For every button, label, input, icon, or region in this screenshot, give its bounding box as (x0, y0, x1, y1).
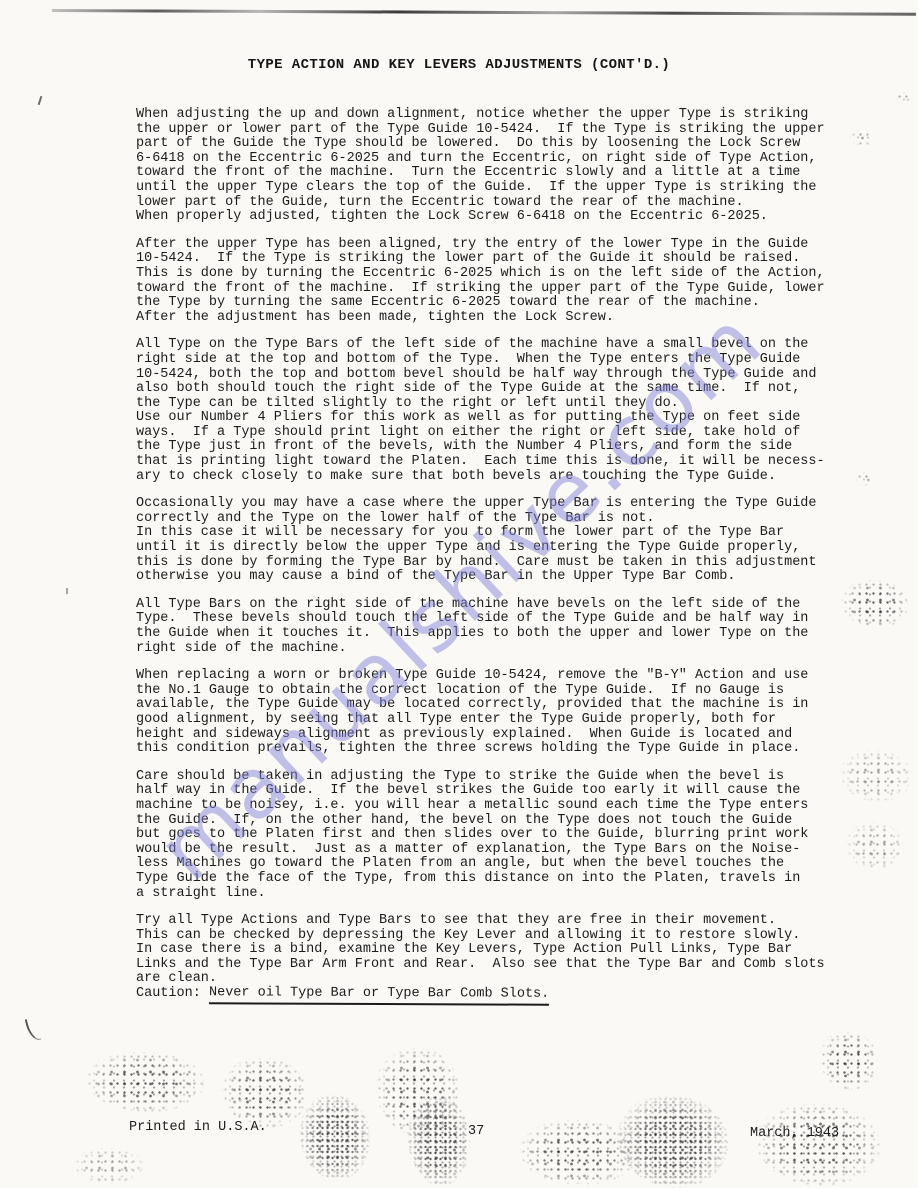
page-number: 37 (468, 1124, 484, 1139)
text-line: would be the result. Just as a matter of… (136, 843, 876, 858)
text-line: In case there is a bind, examine the Key… (136, 943, 876, 958)
text-line: but goes to the Platen first and then sl… (136, 828, 876, 843)
text-line: the upper or lower part of the Type Guid… (136, 123, 876, 138)
text-line: All Type on the Type Bars of the left si… (136, 338, 876, 353)
ink-smudge (896, 92, 910, 104)
paragraph: All Type on the Type Bars of the left si… (136, 338, 876, 484)
text-line: After the upper Type has been aligned, t… (136, 238, 876, 253)
text-line: Care should be taken in adjusting the Ty… (136, 770, 876, 785)
scan-hook-artifact (25, 1017, 42, 1042)
scan-speck (66, 588, 68, 594)
scan-line-artifact (52, 9, 916, 16)
text-line: When properly adjusted, tighten the Lock… (136, 210, 876, 225)
text-line: After the adjustment has been made, tigh… (136, 311, 876, 326)
paragraph: Try all Type Actions and Type Bars to se… (136, 914, 876, 987)
text-line: ways. If a Type should print light on ei… (136, 426, 876, 441)
text-line: Use our Number 4 Pliers for this work as… (136, 411, 876, 426)
ink-smudge (408, 1096, 470, 1186)
ink-smudge (74, 1148, 144, 1184)
text-line: also both should touch the right side of… (136, 382, 876, 397)
text-line: When adjusting the up and down alignment… (136, 108, 876, 123)
scanned-manual-page: manualshive.com TYPE ACTION AND KEY LEVE… (0, 0, 918, 1188)
text-line: 10-5424. If the Type is striking the low… (136, 252, 876, 267)
footer-date: March, 1943 (750, 1126, 839, 1141)
paragraph: Care should be taken in adjusting the Ty… (136, 770, 876, 901)
text-line: a straight line. (136, 887, 876, 902)
text-line: the No.1 Gauge to obtain the correct loc… (136, 684, 876, 699)
ink-smudge (756, 1104, 880, 1186)
text-line: Links and the Type Bar Arm Front and Rea… (136, 958, 876, 973)
ink-smudge (86, 1052, 204, 1112)
text-line: right side of the machine. (136, 642, 876, 657)
paragraph: All Type Bars on the right side of the m… (136, 598, 876, 656)
page-title: TYPE ACTION AND KEY LEVERS ADJUSTMENTS (… (0, 57, 918, 73)
text-line: machine to be noisey, i.e. you will hear… (136, 799, 876, 814)
text-line: available, the Type Guide may be located… (136, 698, 876, 713)
text-line: This is done by turning the Eccentric 6-… (136, 267, 876, 282)
caution-line: Caution: Never oil Type Bar or Type Bar … (136, 987, 876, 1002)
text-line: lower part of the Guide, turn the Eccent… (136, 196, 876, 211)
ink-smudge (618, 1096, 728, 1188)
text-line: height and sideways alignment as previou… (136, 728, 876, 743)
paragraph: Occasionally you may have a case where t… (136, 497, 876, 585)
text-line: the Type by turning the same Eccentric 6… (136, 296, 876, 311)
text-line: This can be checked by depressing the Ke… (136, 929, 876, 944)
text-line: When replacing a worn or broken Type Gui… (136, 669, 876, 684)
footer-printed-in: Printed in U.S.A. (129, 1120, 267, 1135)
text-line: right side at the top and bottom of the … (136, 353, 876, 368)
text-line: until it is directly below the upper Typ… (136, 541, 876, 556)
text-line: All Type Bars on the right side of the m… (136, 598, 876, 613)
text-line: that is printing light toward the Platen… (136, 455, 876, 470)
text-line: Type Guide the face of the Type, from th… (136, 872, 876, 887)
caution-label: Caution: (136, 986, 209, 1001)
text-line: correctly and the Type on the lower half… (136, 512, 876, 527)
text-line: ary to check closely to make sure that b… (136, 470, 876, 485)
ink-smudge (222, 1058, 308, 1128)
text-line: this condition prevails, tighten the thr… (136, 742, 876, 757)
text-line: the Guide when it touches it. This appli… (136, 627, 876, 642)
paragraph: After the upper Type has been aligned, t… (136, 238, 876, 326)
text-line: until the upper Type clears the top of t… (136, 181, 876, 196)
text-line: the Type just in front of the bevels, wi… (136, 440, 876, 455)
scan-speck (38, 96, 43, 105)
body-text: When adjusting the up and down alignment… (136, 108, 876, 1002)
text-line: this is done by forming the Type Bar by … (136, 556, 876, 571)
text-line: otherwise you may cause a bind of the Ty… (136, 570, 876, 585)
text-line: In this case it will be necessary for yo… (136, 526, 876, 541)
text-line: Occasionally you may have a case where t… (136, 497, 876, 512)
text-line: Type. These bevels should touch the left… (136, 612, 876, 627)
text-line: less Machines go toward the Platen from … (136, 857, 876, 872)
text-line: the Type can be tilted slightly to the r… (136, 397, 876, 412)
text-line: part of the Guide the Type should be low… (136, 137, 876, 152)
text-line: half way in the Guide. If the bevel stri… (136, 784, 876, 799)
caution-underlined-text: Never oil Type Bar or Type Bar Comb Slot… (209, 986, 549, 1005)
text-line: the Guide. If, on the other hand, the be… (136, 814, 876, 829)
text-line: 10-5424, both the top and bottom bevel s… (136, 368, 876, 383)
text-line: 6-6418 on the Eccentric 6-2025 and turn … (136, 152, 876, 167)
text-line: toward the front of the machine. Turn th… (136, 166, 876, 181)
paragraph: When adjusting the up and down alignment… (136, 108, 876, 225)
text-line: toward the front of the machine. If stri… (136, 282, 876, 297)
ink-smudge (300, 1095, 370, 1180)
text-line: good alignment, by seeing that all Type … (136, 713, 876, 728)
text-line: Try all Type Actions and Type Bars to se… (136, 914, 876, 929)
ink-smudge (820, 1032, 878, 1090)
paragraph: When replacing a worn or broken Type Gui… (136, 669, 876, 757)
